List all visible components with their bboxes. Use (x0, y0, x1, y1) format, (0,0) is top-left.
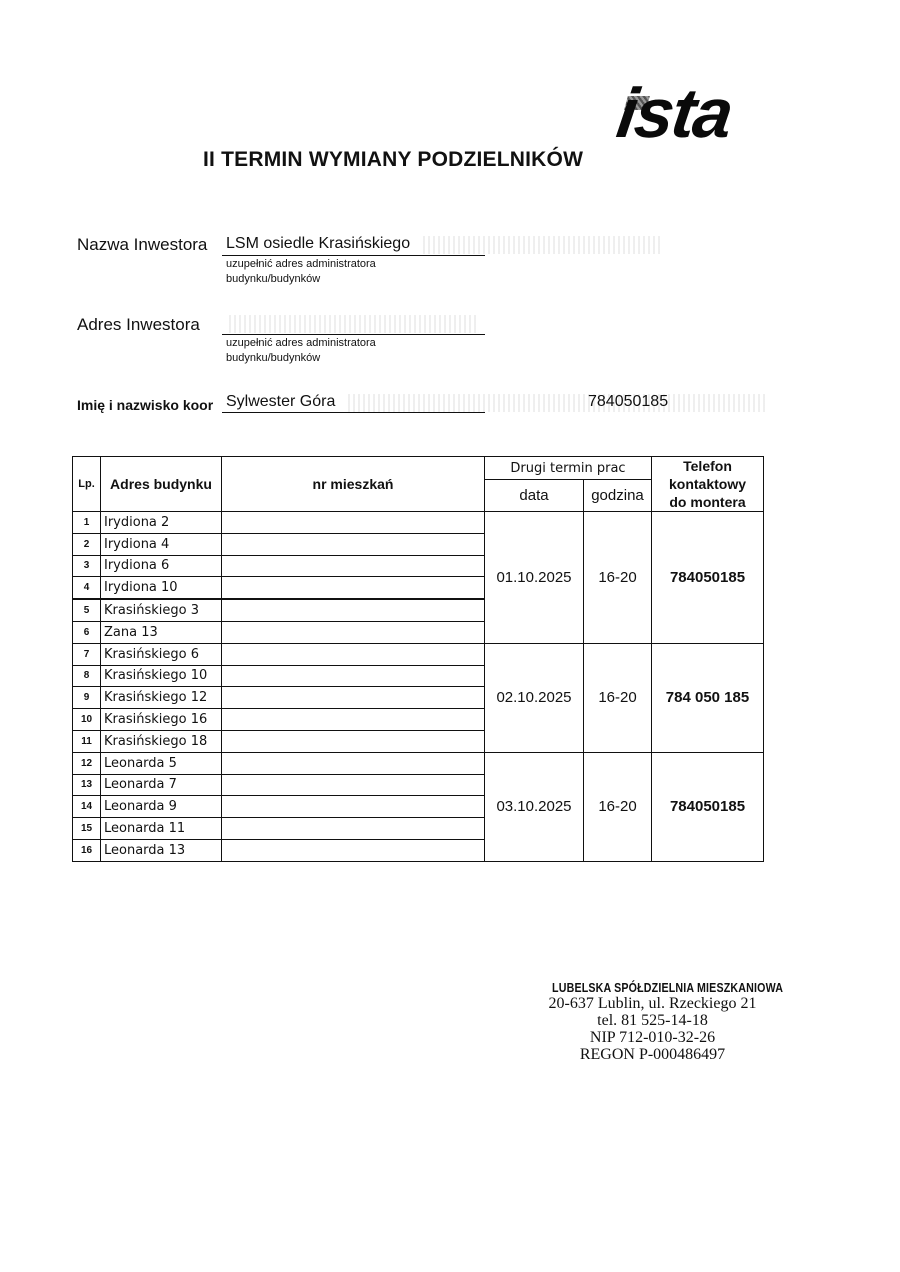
stamp-line-5: REGON P-000486497 (530, 1046, 775, 1063)
hint-line-1: uzupełnić adres administratora (226, 336, 376, 351)
table-row: 1Irydiona 201.10.202516-20784050185 (73, 512, 764, 534)
building-address: Krasińskiego 18 (101, 730, 222, 752)
row-number: 14 (73, 796, 101, 818)
row-number: 11 (73, 730, 101, 752)
apartment-numbers-cell[interactable] (222, 730, 485, 752)
header-phone: Telefon kontaktowy do montera (652, 457, 764, 512)
hint-line-2: budynku/budynków (226, 272, 376, 287)
apartment-numbers-cell[interactable] (222, 599, 485, 621)
apartment-numbers-cell[interactable] (222, 839, 485, 861)
row-number: 13 (73, 774, 101, 796)
row-number: 3 (73, 555, 101, 577)
redacted-area (345, 394, 765, 412)
building-address: Krasińskiego 16 (101, 709, 222, 731)
installer-phone: 784050185 (652, 512, 764, 644)
schedule-table: Lp. Adres budynku nr mieszkań Drugi term… (72, 456, 764, 862)
row-number: 10 (73, 709, 101, 731)
stamp-line-2: 20-637 Lublin, ul. Rzeckiego 21 (530, 995, 775, 1012)
building-address: Krasińskiego 6 (101, 643, 222, 665)
header-phone-line-3: do montera (652, 493, 763, 511)
apartment-numbers-cell[interactable] (222, 577, 485, 599)
building-address: Zana 13 (101, 621, 222, 643)
apartment-numbers-cell[interactable] (222, 796, 485, 818)
building-address: Irydiona 6 (101, 555, 222, 577)
investor-address-underline (222, 334, 485, 335)
investor-name-hint: uzupełnić adres administratora budynku/b… (226, 257, 376, 287)
hint-line-1: uzupełnić adres administratora (226, 257, 376, 272)
page-title: II TERMIN WYMIANY PODZIELNIKÓW (203, 148, 583, 172)
building-address: Leonarda 7 (101, 774, 222, 796)
row-number: 12 (73, 752, 101, 774)
coordinator-underline (222, 412, 485, 413)
investor-address-hint: uzupełnić adres administratora budynku/b… (226, 336, 376, 366)
header-phone-line-1: Telefon (652, 457, 763, 475)
term-hours: 16-20 (584, 643, 652, 752)
building-address: Krasińskiego 3 (101, 599, 222, 621)
row-number: 4 (73, 577, 101, 599)
redacted-area (226, 315, 476, 333)
apartment-numbers-cell[interactable] (222, 665, 485, 687)
building-address: Leonarda 13 (101, 839, 222, 861)
apartment-numbers-cell[interactable] (222, 818, 485, 840)
term-date: 03.10.2025 (485, 752, 584, 861)
header-address: Adres budynku (101, 457, 222, 512)
installer-phone: 784050185 (652, 752, 764, 861)
header-phone-line-2: kontaktowy (652, 475, 763, 493)
apartment-numbers-cell[interactable] (222, 555, 485, 577)
row-number: 16 (73, 839, 101, 861)
row-number: 9 (73, 687, 101, 709)
term-hours: 16-20 (584, 752, 652, 861)
building-address: Irydiona 2 (101, 512, 222, 534)
term-hours: 16-20 (584, 512, 652, 644)
header-date: data (485, 480, 584, 512)
row-number: 1 (73, 512, 101, 534)
installer-phone: 784 050 185 (652, 643, 764, 752)
header-second-term: Drugi termin prac (485, 457, 652, 480)
table-row: 12Leonarda 503.10.202516-20784050185 (73, 752, 764, 774)
building-address: Irydiona 4 (101, 533, 222, 555)
apartment-numbers-cell[interactable] (222, 709, 485, 731)
stamp-line-1: LUBELSKA SPÓŁDZIELNIA MIESZKANIOWA (552, 980, 753, 995)
investor-name-label: Nazwa Inwestora (77, 235, 207, 255)
hint-line-2: budynku/budynków (226, 351, 376, 366)
building-address: Krasińskiego 10 (101, 665, 222, 687)
apartment-numbers-cell[interactable] (222, 643, 485, 665)
row-number: 8 (73, 665, 101, 687)
apartment-numbers-cell[interactable] (222, 752, 485, 774)
row-number: 15 (73, 818, 101, 840)
header-hour: godzina (584, 480, 652, 512)
table-row: 7Krasińskiego 602.10.202516-20784 050 18… (73, 643, 764, 665)
schedule-body: 1Irydiona 201.10.202516-207840501852Iryd… (73, 512, 764, 862)
cooperative-stamp: LUBELSKA SPÓŁDZIELNIA MIESZKANIOWA 20-63… (530, 980, 775, 1063)
ista-logo: ista (618, 78, 768, 148)
logo-text: ista (613, 78, 735, 148)
investor-name-underline (222, 255, 485, 256)
row-number: 7 (73, 643, 101, 665)
building-address: Leonarda 11 (101, 818, 222, 840)
term-date: 02.10.2025 (485, 643, 584, 752)
row-number: 6 (73, 621, 101, 643)
coordinator-label: Imię i nazwisko koor (77, 397, 213, 413)
term-date: 01.10.2025 (485, 512, 584, 644)
apartment-numbers-cell[interactable] (222, 687, 485, 709)
building-address: Leonarda 9 (101, 796, 222, 818)
stamp-line-3: tel. 81 525-14-18 (530, 1012, 775, 1029)
investor-name-value[interactable]: LSM osiedle Krasińskiego (226, 235, 410, 253)
investor-address-label: Adres Inwestora (77, 315, 200, 335)
building-address: Krasińskiego 12 (101, 687, 222, 709)
redacted-area (420, 236, 660, 254)
row-number: 2 (73, 533, 101, 555)
apartment-numbers-cell[interactable] (222, 512, 485, 534)
header-apartments: nr mieszkań (222, 457, 485, 512)
apartment-numbers-cell[interactable] (222, 621, 485, 643)
building-address: Irydiona 10 (101, 577, 222, 599)
apartment-numbers-cell[interactable] (222, 774, 485, 796)
building-address: Leonarda 5 (101, 752, 222, 774)
row-number: 5 (73, 599, 101, 621)
coordinator-name[interactable]: Sylwester Góra (226, 393, 335, 411)
apartment-numbers-cell[interactable] (222, 533, 485, 555)
coordinator-phone: 784050185 (588, 393, 668, 411)
header-lp: Lp. (73, 457, 101, 512)
stamp-line-4: NIP 712-010-32-26 (530, 1029, 775, 1046)
